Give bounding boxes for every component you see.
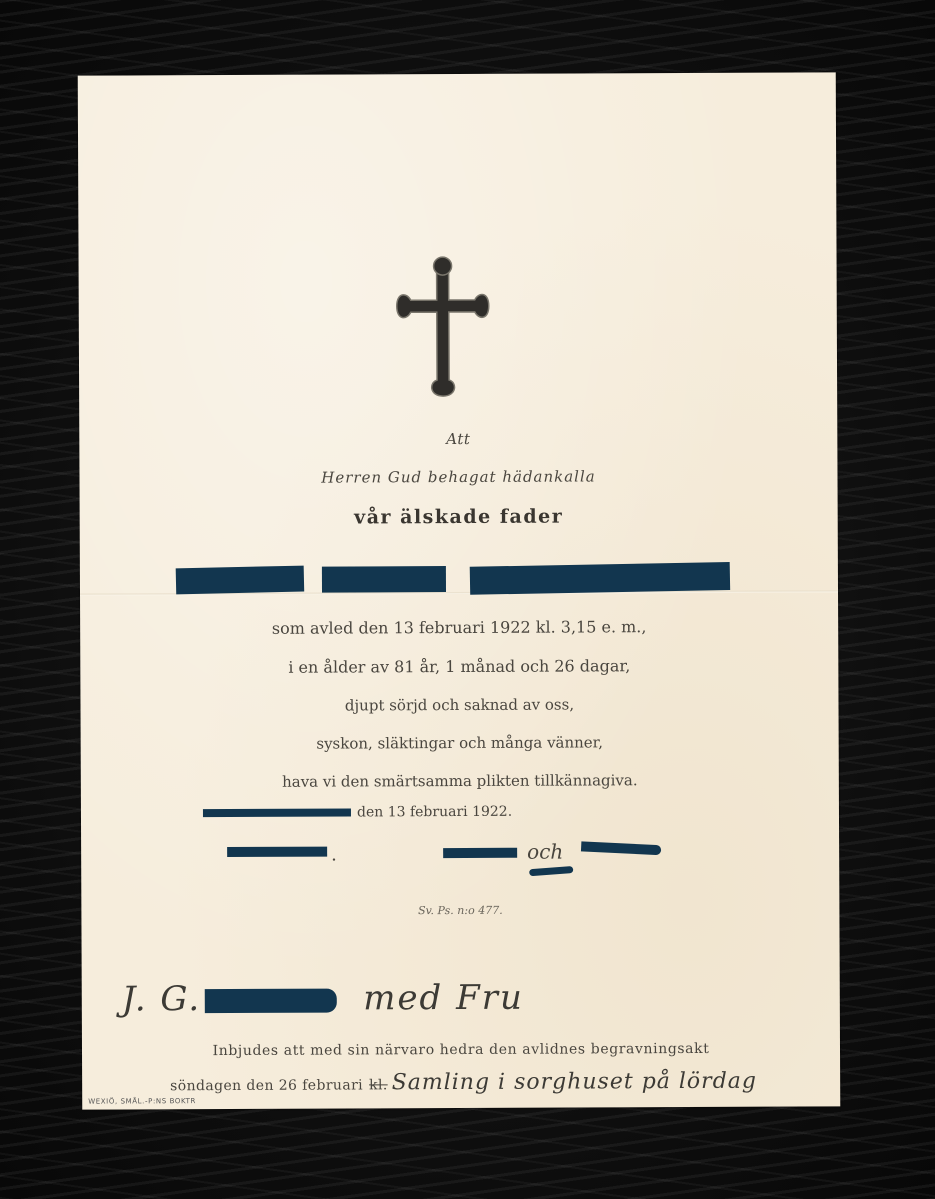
heading-var-alskade: vår älskade fader (80, 504, 838, 529)
handwritten-gathering: Samling i sorghuset på lördag (392, 1069, 757, 1096)
text-alder: i en ålder av 81 år, 1 månad och 26 daga… (80, 655, 838, 677)
redaction-bar (227, 847, 327, 857)
guest-prefix: J. G. (122, 979, 202, 1019)
text-djupt: djupt sörjd och saknad av oss, (80, 694, 838, 715)
cross-icon (395, 254, 492, 400)
redaction-bar (443, 848, 517, 858)
redaction-bar (529, 866, 573, 876)
place-date: den 13 februari 1922. (203, 804, 512, 821)
hymn-reference: Sv. Ps. n:o 477. (81, 902, 839, 918)
signatures: . och (81, 840, 839, 883)
guest-suffix: med Fru (363, 978, 524, 1019)
text-som-avled: som avled den 13 februari 1922 kl. 3,15 … (80, 616, 838, 638)
place-date-text: den 13 februari 1922. (357, 804, 512, 821)
redaction-bar (322, 566, 446, 593)
signature-dot: . (331, 845, 337, 866)
deceased-name-redacted (80, 558, 838, 601)
redaction-bar (581, 841, 661, 855)
printer-mark: WEXIÖ, SMÅL.-P:NS BOKTR (88, 1097, 196, 1105)
invitation-line-1: Inbjudes att med sin närvaro hedra den a… (82, 1040, 840, 1059)
heading-att: Att (79, 428, 837, 449)
redaction-bar (205, 989, 337, 1014)
invitation-date: söndagen den 26 februari (170, 1077, 363, 1094)
signature-och: och (527, 840, 563, 864)
text-syskon: syskon, släktingar och många vänner, (81, 732, 839, 753)
invitation-line-2: söndagen den 26 februarikl.Samling i sor… (170, 1069, 757, 1097)
redaction-bar (470, 562, 730, 595)
redaction-bar (203, 808, 351, 817)
handwritten-guest: J. G.med Fru (122, 978, 524, 1020)
text-hava: hava vi den smärtsamma plikten tillkänna… (81, 770, 839, 791)
struck-kl: kl. (369, 1077, 388, 1093)
heading-herren: Herren Gud behagat hädankalla (79, 466, 837, 487)
redaction-bar (176, 566, 305, 595)
announcement-paper: Att Herren Gud behagat hädankalla vår äl… (78, 72, 841, 1109)
